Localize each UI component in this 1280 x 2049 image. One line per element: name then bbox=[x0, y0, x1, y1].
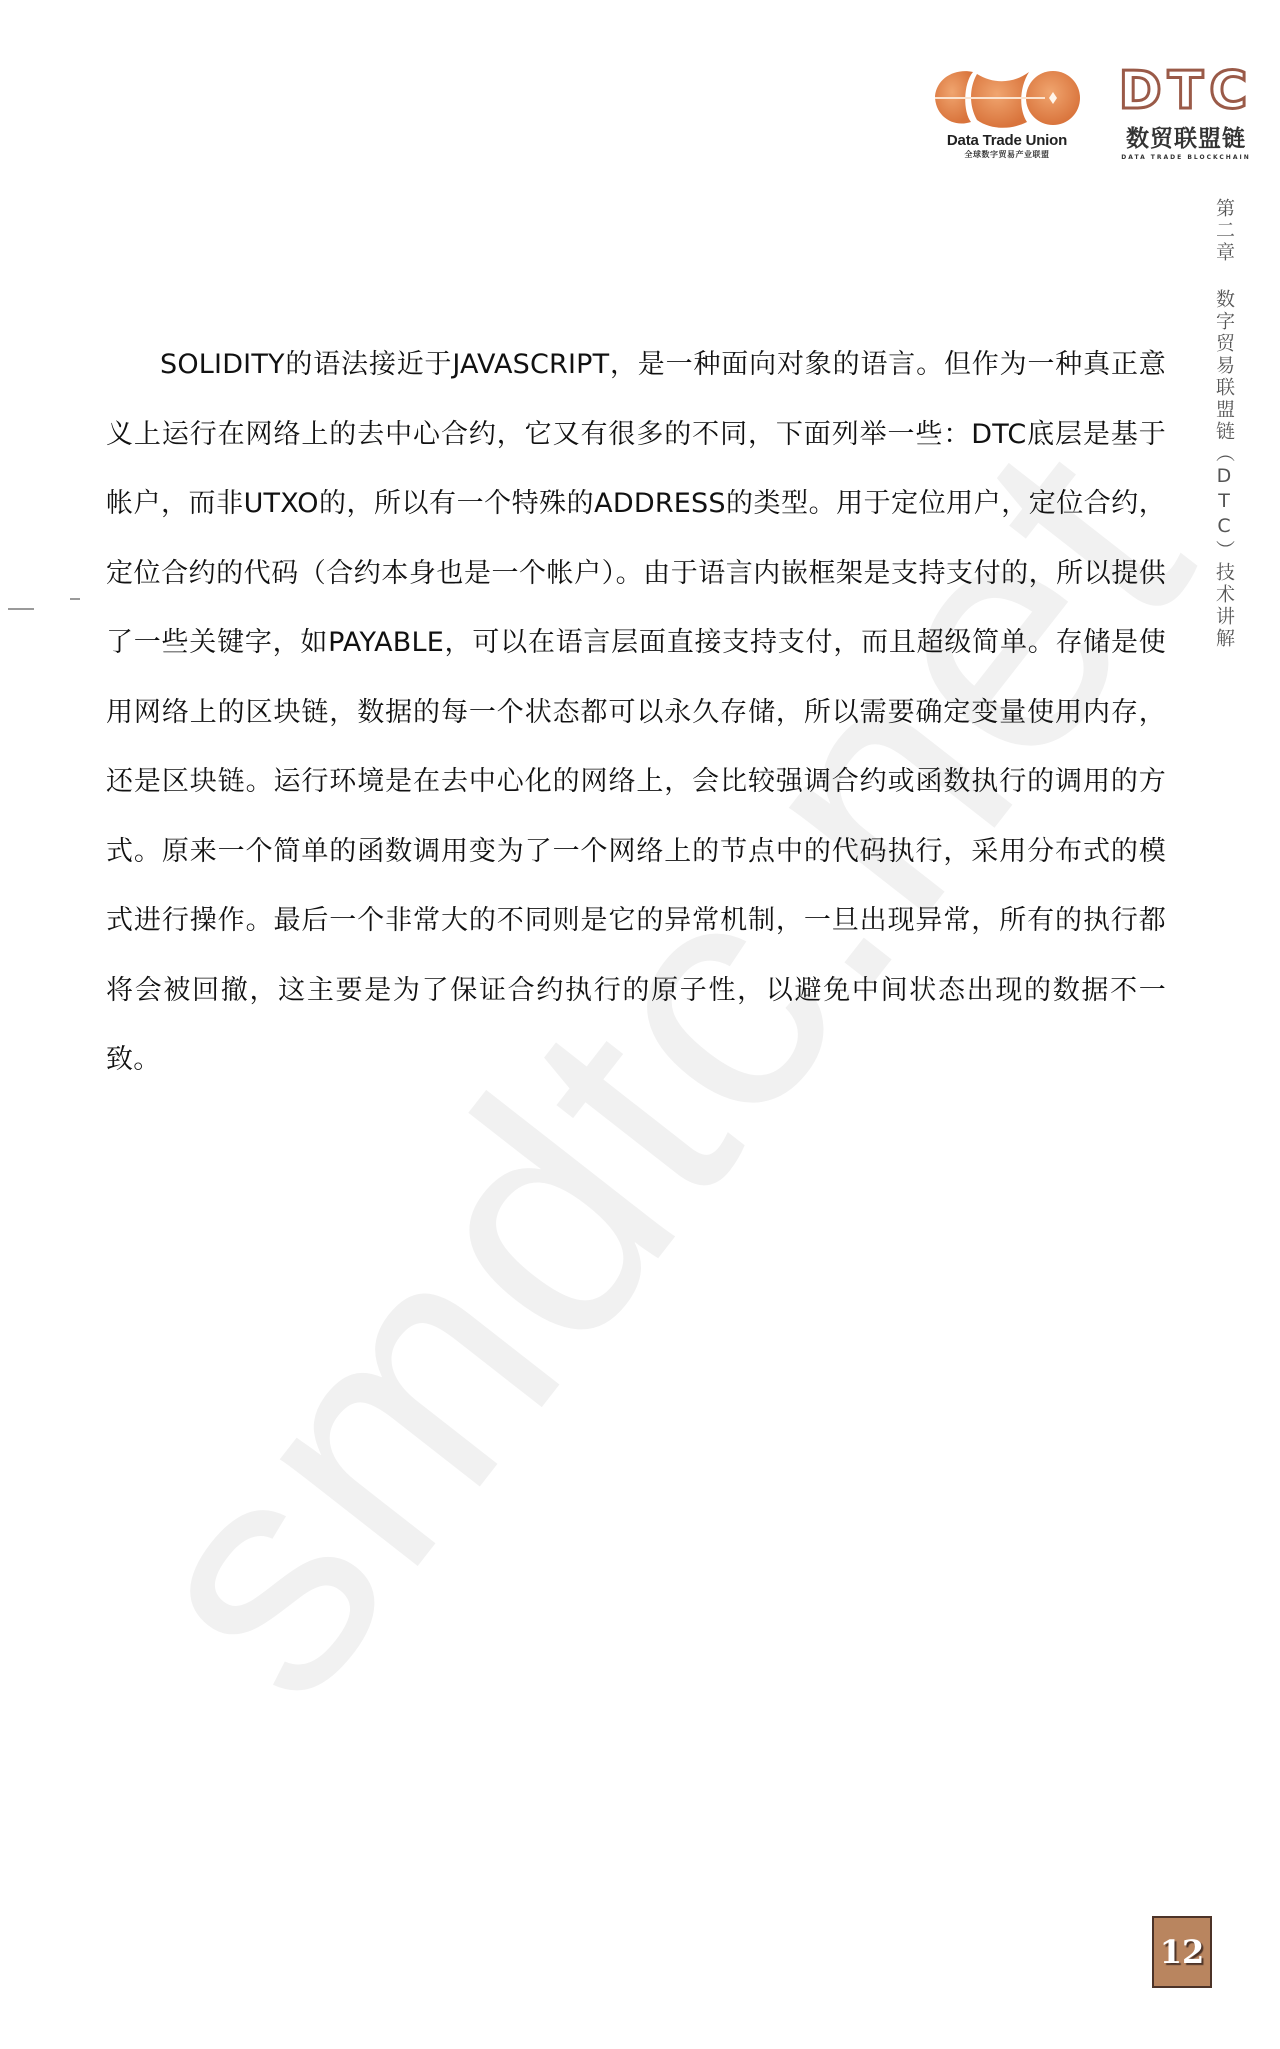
dtc-logo: DTC 数贸联盟链 DATA TRADE BLOCKCHAIN bbox=[1116, 64, 1256, 161]
header-logos: Data Trade Union 全球数字贸易产业联盟 DTC 数贸联盟链 DA… bbox=[932, 64, 1256, 161]
union-circles-icon bbox=[933, 64, 1081, 130]
union-subtitle: 全球数字贸易产业联盟 bbox=[965, 149, 1050, 160]
chapter-side-title: 第二章 数字贸易联盟链（DTC）技术讲解 bbox=[1212, 198, 1238, 650]
scan-artifact-mark bbox=[8, 608, 34, 610]
scan-artifact-mark bbox=[70, 598, 80, 600]
dtc-name-en: DATA TRADE BLOCKCHAIN bbox=[1121, 154, 1250, 161]
data-trade-union-logo: Data Trade Union 全球数字贸易产业联盟 bbox=[932, 64, 1082, 160]
union-name: Data Trade Union bbox=[947, 132, 1067, 149]
dtc-mark: DTC bbox=[1119, 64, 1254, 118]
body-content: SOLIDITY的语法接近于JAVASCRIPT，是一种面向对象的语言。但作为一… bbox=[106, 330, 1166, 1095]
dtc-name-cn: 数贸联盟链 bbox=[1126, 120, 1246, 153]
body-paragraph: SOLIDITY的语法接近于JAVASCRIPT，是一种面向对象的语言。但作为一… bbox=[106, 330, 1166, 1095]
page-number-badge: 12 bbox=[1152, 1916, 1212, 1988]
